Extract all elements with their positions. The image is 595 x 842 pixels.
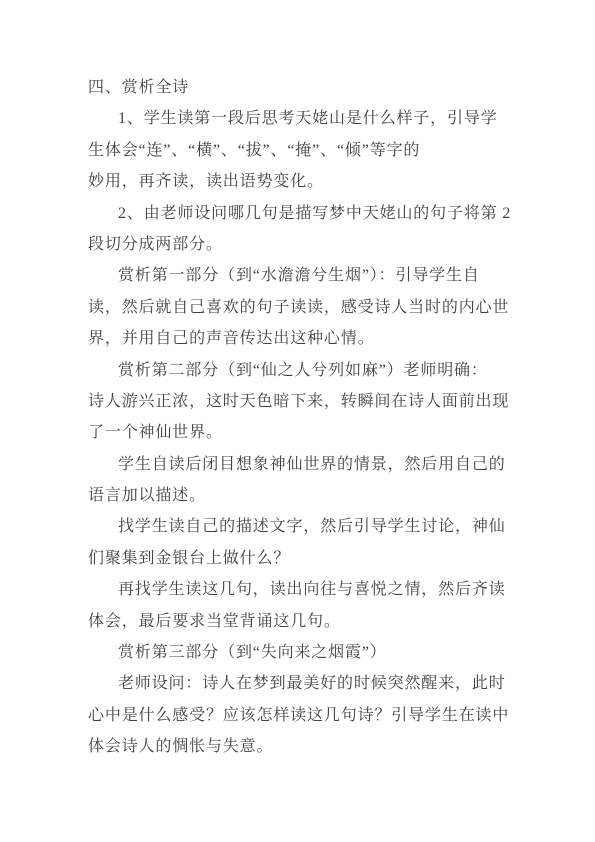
text-line: 找学生读自己的描述文字，然后引导学生讨论，神仙 — [88, 511, 512, 542]
text-line: 赏析第一部分（到“水澹澹兮生烟”）：引导学生自 — [88, 260, 512, 291]
text-line: 2、由老师设问哪几句是描写梦中天姥山的句子将第 2 — [88, 198, 512, 229]
text-line: 们聚集到金银台上做什么？ — [88, 543, 512, 574]
text-line: 老师设问：诗人在梦到最美好的时候突然醒来，此时 — [88, 668, 512, 699]
text-line: 学生自读后闭目想象神仙世界的情景，然后用自己的 — [88, 449, 512, 480]
text-line: 界，并用自己的声音传达出这种心情。 — [88, 323, 512, 354]
text-line: 心中是什么感受？应该怎样读这几句诗？引导学生在读中 — [88, 700, 512, 731]
text-line: 读，然后就自己喜欢的句子读读，感受诗人当时的内心世 — [88, 292, 512, 323]
text-line: 段切分成两部分。 — [88, 229, 512, 260]
text-line: 生体会“连”、“横”、“拔”、“掩”、“倾”等字的 — [88, 135, 512, 166]
text-line: 赏析第二部分（到“仙之人兮列如麻”）老师明确： — [88, 355, 512, 386]
text-line: 语言加以描述。 — [88, 480, 512, 511]
text-line: 诗人游兴正浓，这时天色暗下来，转瞬间在诗人面前出现 — [88, 386, 512, 417]
text-line: 妙用，再齐读，读出语势变化。 — [88, 166, 512, 197]
text-line: 再找学生读这几句，读出向往与喜悦之情，然后齐读 — [88, 574, 512, 605]
section-heading: 四、赏析全诗 — [88, 72, 512, 103]
text-line: 体会诗人的惆怅与失意。 — [88, 731, 512, 762]
text-line: 赏析第三部分（到“失向来之烟霞”） — [88, 637, 512, 668]
document-content: 四、赏析全诗 1、学生读第一段后思考天姥山是什么样子，引导学 生体会“连”、“横… — [88, 72, 512, 763]
text-line: 体会，最后要求当堂背诵这几句。 — [88, 606, 512, 637]
document-page: 四、赏析全诗 1、学生读第一段后思考天姥山是什么样子，引导学 生体会“连”、“横… — [0, 0, 595, 842]
text-line: 了一个神仙世界。 — [88, 417, 512, 448]
text-line: 1、学生读第一段后思考天姥山是什么样子，引导学 — [88, 103, 512, 134]
